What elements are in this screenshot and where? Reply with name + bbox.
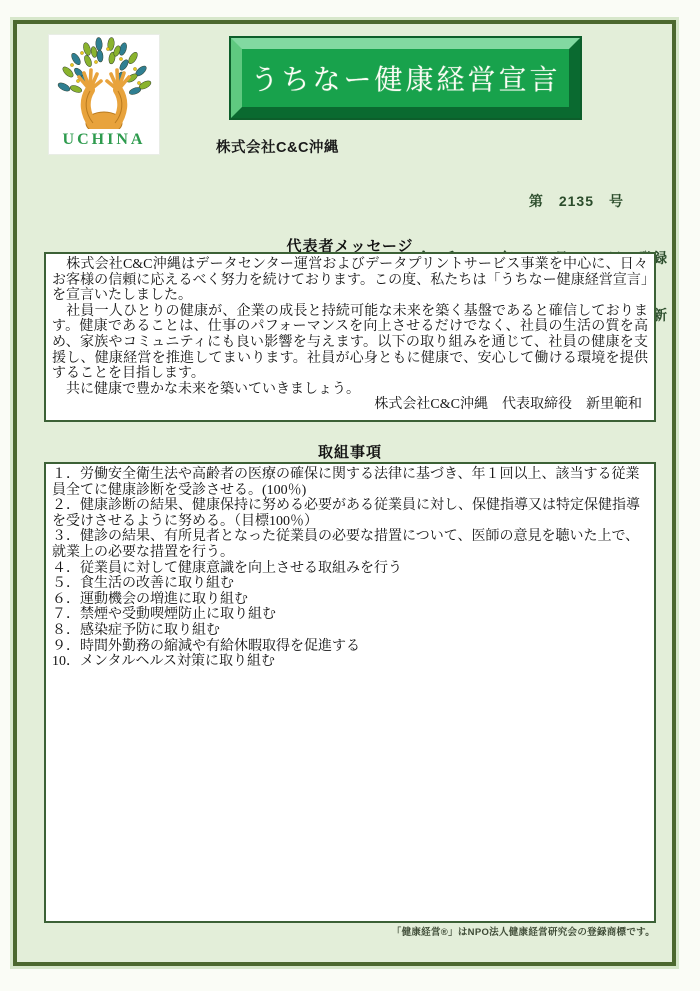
logo-brand-text: UCHINA <box>63 129 146 151</box>
declaration-document: { "logo": { "brand": "UCHINA" }, "banner… <box>0 0 700 991</box>
message-paragraphs: 株式会社C&C沖縄はデータセンター運営およびデータプリントサービス事業を中心に、… <box>52 257 648 397</box>
initiatives-section-header: 取組事項 <box>44 441 656 462</box>
company-name: 株式会社C&C沖縄 <box>216 136 339 157</box>
document-title: うちなー健康経営宣言 <box>250 58 560 98</box>
message-box: 株式会社C&C沖縄はデータセンター運営およびデータプリントサービス事業を中心に、… <box>44 252 656 422</box>
initiative-item: ７．禁煙や受動喫煙防止に取り組む <box>52 607 648 623</box>
initiative-item: 10．メンタルヘルス対策に取り組む <box>52 654 648 670</box>
initiative-item: ２．健康診断の結果、健康保持に努める必要がある従業員に対し、保健指導又は特定保健… <box>52 498 648 529</box>
declaration-page: UCHINA うちなー健康経営宣言 株式会社C&C沖縄 第 2135 号 令 和… <box>13 20 676 966</box>
initiative-item: ４．従業員に対して健康意識を向上させる取組みを行う <box>52 561 648 577</box>
uchina-logo-tree-icon <box>48 35 160 129</box>
initiative-item: ９．時間外勤務の縮減や有給休暇取得を促進する <box>52 639 648 655</box>
message-paragraph: 株式会社C&C沖縄はデータセンター運営およびデータプリントサービス事業を中心に、… <box>52 257 648 304</box>
registration-number: 第 2135 号 <box>417 192 668 211</box>
hands-icon <box>79 70 129 129</box>
initiative-item: １．労働安全衛生法や高齢者の医療の確保に関する法律に基づき、年１回以上、該当する… <box>52 467 648 498</box>
trademark-note: 「健康経営®」はNPO法人健康経営研究会の登録商標です。 <box>392 924 655 938</box>
signature-line: 株式会社C&C沖縄 代表取締役 新里範和 <box>52 397 648 413</box>
initiative-item: ６．運動機会の増進に取り組む <box>52 592 648 608</box>
message-paragraph: 社員一人ひとりの健康が、企業の成長と持続可能な未来を築く基盤であると確信しており… <box>52 304 648 382</box>
message-paragraph: 共に健康で豊かな未来を築いていきましょう。 <box>52 382 648 398</box>
initiative-item: ３．健診の結果、有所見者となった従業員の必要な措置について、医師の意見を聴いた上… <box>52 529 648 560</box>
initiatives-list: １．労働安全衛生法や高齢者の医療の確保に関する法律に基づき、年１回以上、該当する… <box>52 467 648 670</box>
initiative-item: ５．食生活の改善に取り組む <box>52 576 648 592</box>
uchina-logo: UCHINA <box>48 34 160 155</box>
initiative-item: ８．感染症予防に取り組む <box>52 623 648 639</box>
title-banner: うちなー健康経営宣言 <box>231 38 580 118</box>
initiatives-box: １．労働安全衛生法や高齢者の医療の確保に関する法律に基づき、年１回以上、該当する… <box>44 462 656 923</box>
